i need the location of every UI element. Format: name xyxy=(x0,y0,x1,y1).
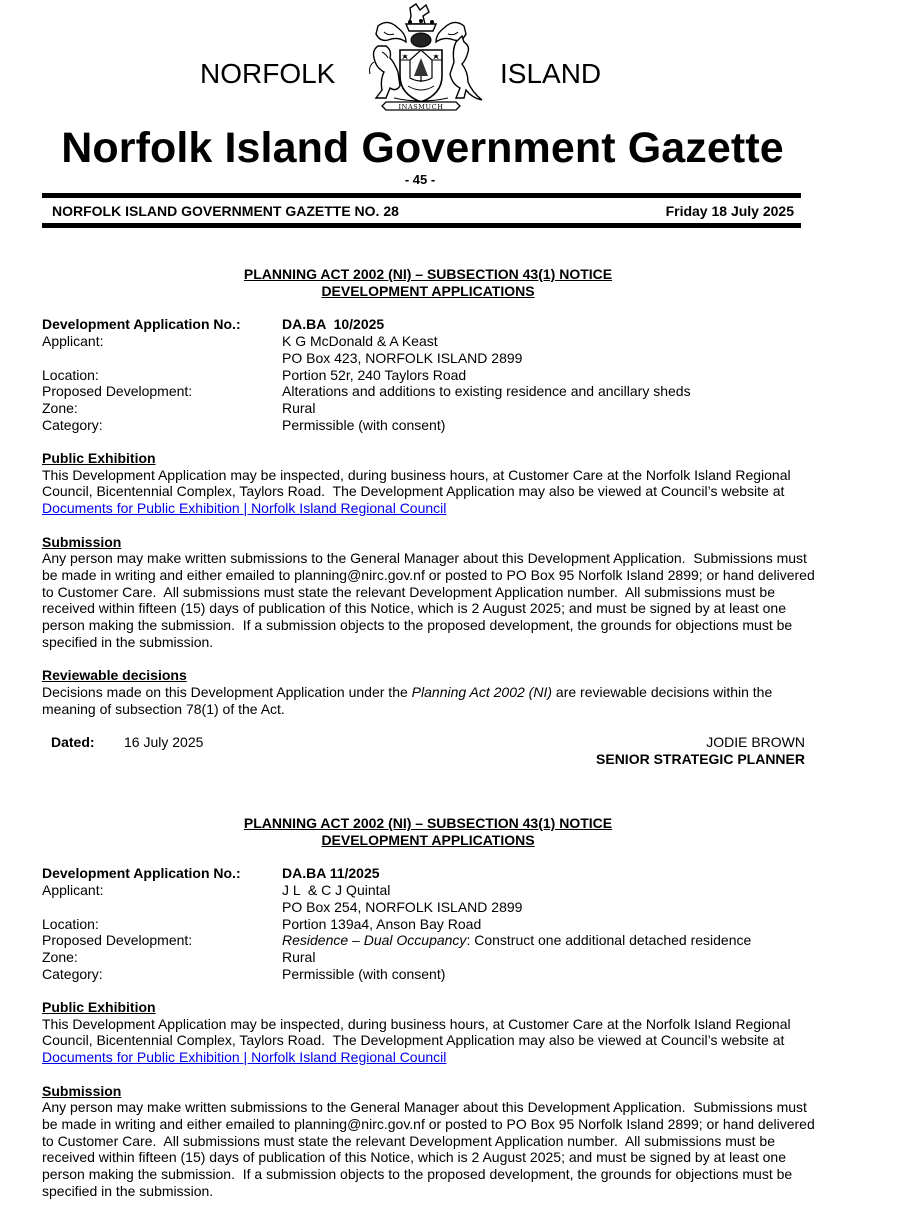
submission-text: Any person may make written submissions … xyxy=(42,1099,822,1199)
public-exhibition-body: This Development Application may be insp… xyxy=(42,467,795,500)
signature-block: Dated: 16 July 2025 JODIE BROWN SENIOR S… xyxy=(42,734,822,768)
public-exhibition-section: Public Exhibition This Development Appli… xyxy=(42,999,822,1066)
notice-heading-line1: PLANNING ACT 2002 (NI) – SUBSECTION 43(1… xyxy=(42,266,814,283)
detail-row-applicant-address: PO Box 423, NORFOLK ISLAND 2899 xyxy=(42,350,822,367)
submission-section: Submission Any person may make written s… xyxy=(42,534,822,651)
detail-row-location: Location: Portion 139a4, Anson Bay Road xyxy=(42,916,822,933)
detail-row-da-number: Development Application No.: DA.BA 11/20… xyxy=(42,865,822,882)
svg-text:INASMUCH: INASMUCH xyxy=(399,103,444,111)
reviewable-decisions-text: Decisions made on this Development Appli… xyxy=(42,684,822,717)
submission-heading: Submission xyxy=(42,1083,822,1100)
proposed-value: Alterations and additions to existing re… xyxy=(282,383,822,400)
zone-label: Zone: xyxy=(42,400,282,417)
notice-heading: PLANNING ACT 2002 (NI) – SUBSECTION 43(1… xyxy=(42,266,814,299)
detail-row-applicant: Applicant: J L & C J Quintal xyxy=(42,882,822,899)
zone-value: Rural xyxy=(282,400,822,417)
location-value: Portion 139a4, Anson Bay Road xyxy=(282,916,822,933)
gazette-issue-number: NORFOLK ISLAND GOVERNMENT GAZETTE NO. 28 xyxy=(52,202,399,220)
applicant-address: PO Box 423, NORFOLK ISLAND 2899 xyxy=(282,350,822,367)
submission-section: Submission Any person may make written s… xyxy=(42,1083,822,1200)
spacer xyxy=(42,350,282,367)
detail-row-zone: Zone: Rural xyxy=(42,949,822,966)
detail-row-zone: Zone: Rural xyxy=(42,400,822,417)
detail-row-location: Location: Portion 52r, 240 Taylors Road xyxy=(42,367,822,384)
notice-heading: PLANNING ACT 2002 (NI) – SUBSECTION 43(1… xyxy=(42,815,814,848)
submission-heading: Submission xyxy=(42,534,822,551)
detail-row-applicant: Applicant: K G McDonald & A Keast xyxy=(42,333,822,350)
proposed-label: Proposed Development: xyxy=(42,383,282,400)
da-number-label: Development Application No.: xyxy=(42,865,282,882)
spacer xyxy=(42,899,282,916)
category-label: Category: xyxy=(42,966,282,983)
application-details: Development Application No.: DA.BA 11/20… xyxy=(42,865,822,982)
applicant-label: Applicant: xyxy=(42,882,282,899)
signer-title: SENIOR STRATEGIC PLANNER xyxy=(596,751,805,768)
public-exhibition-link[interactable]: Documents for Public Exhibition | Norfol… xyxy=(42,1049,446,1065)
notice-heading-line1: PLANNING ACT 2002 (NI) – SUBSECTION 43(1… xyxy=(42,815,814,832)
public-exhibition-body: This Development Application may be insp… xyxy=(42,1016,795,1049)
detail-row-da-number: Development Application No.: DA.BA 10/20… xyxy=(42,316,822,333)
reviewable-decisions-heading: Reviewable decisions xyxy=(42,667,822,684)
signer-name: JODIE BROWN xyxy=(596,734,805,751)
public-exhibition-heading: Public Exhibition xyxy=(42,450,822,467)
dated-value: 16 July 2025 xyxy=(124,734,203,751)
detail-row-category: Category: Permissible (with consent) xyxy=(42,417,822,434)
masthead: NORFOLK INASMUCH ISLAND xyxy=(0,0,900,120)
notice-heading-line2: DEVELOPMENT APPLICATIONS xyxy=(42,283,814,300)
da-number-value: DA.BA 10/2025 xyxy=(282,316,822,333)
applicant-label: Applicant: xyxy=(42,333,282,350)
public-exhibition-heading: Public Exhibition xyxy=(42,999,822,1016)
notice-heading-line2: DEVELOPMENT APPLICATIONS xyxy=(42,832,814,849)
location-value: Portion 52r, 240 Taylors Road xyxy=(282,367,822,384)
detail-row-proposed: Proposed Development: Residence – Dual O… xyxy=(42,932,822,949)
gazette-date: Friday 18 July 2025 xyxy=(666,202,794,220)
notice-da-11-2025: PLANNING ACT 2002 (NI) – SUBSECTION 43(1… xyxy=(42,815,822,1199)
public-exhibition-text: This Development Application may be insp… xyxy=(42,467,822,517)
proposed-type: Residence – Dual Occupancy xyxy=(282,932,466,948)
proposed-description: Alterations and additions to existing re… xyxy=(282,383,691,399)
notice-da-10-2025: PLANNING ACT 2002 (NI) – SUBSECTION 43(1… xyxy=(42,266,822,768)
act-name: Planning Act 2002 (NI) xyxy=(412,684,552,700)
proposed-value: Residence – Dual Occupancy: Construct on… xyxy=(282,932,822,949)
category-value: Permissible (with consent) xyxy=(282,417,822,434)
coat-of-arms-icon: INASMUCH xyxy=(358,2,484,116)
category-label: Category: xyxy=(42,417,282,434)
public-exhibition-text: This Development Application may be insp… xyxy=(42,1016,822,1066)
applicant-name: J L & C J Quintal xyxy=(282,882,822,899)
detail-row-proposed: Proposed Development: Alterations and ad… xyxy=(42,383,822,400)
location-label: Location: xyxy=(42,916,282,933)
public-exhibition-section: Public Exhibition This Development Appli… xyxy=(42,450,822,517)
proposed-description: : Construct one additional detached resi… xyxy=(466,932,751,948)
location-label: Location: xyxy=(42,367,282,384)
da-number-label: Development Application No.: xyxy=(42,316,282,333)
applicant-address: PO Box 254, NORFOLK ISLAND 2899 xyxy=(282,899,822,916)
reviewable-text-before: Decisions made on this Development Appli… xyxy=(42,684,412,700)
masthead-norfolk: NORFOLK xyxy=(200,56,335,92)
masthead-island: ISLAND xyxy=(500,56,601,92)
header-rule-bottom xyxy=(42,223,801,228)
signer: JODIE BROWN SENIOR STRATEGIC PLANNER xyxy=(596,734,805,767)
category-value: Permissible (with consent) xyxy=(282,966,822,983)
zone-value: Rural xyxy=(282,949,822,966)
submission-text: Any person may make written submissions … xyxy=(42,550,822,650)
header-rule-top xyxy=(42,193,801,198)
public-exhibition-link[interactable]: Documents for Public Exhibition | Norfol… xyxy=(42,500,446,516)
issue-bar: NORFOLK ISLAND GOVERNMENT GAZETTE NO. 28… xyxy=(52,202,794,220)
page-number: - 45 - xyxy=(0,172,840,188)
zone-label: Zone: xyxy=(42,949,282,966)
gazette-title: Norfolk Island Government Gazette xyxy=(0,122,845,174)
applicant-name: K G McDonald & A Keast xyxy=(282,333,822,350)
application-details: Development Application No.: DA.BA 10/20… xyxy=(42,316,822,433)
proposed-label: Proposed Development: xyxy=(42,932,282,949)
detail-row-category: Category: Permissible (with consent) xyxy=(42,966,822,983)
detail-row-applicant-address: PO Box 254, NORFOLK ISLAND 2899 xyxy=(42,899,822,916)
reviewable-decisions-section: Reviewable decisions Decisions made on t… xyxy=(42,667,822,717)
da-number-value: DA.BA 11/2025 xyxy=(282,865,822,882)
dated-label: Dated: xyxy=(51,734,95,751)
